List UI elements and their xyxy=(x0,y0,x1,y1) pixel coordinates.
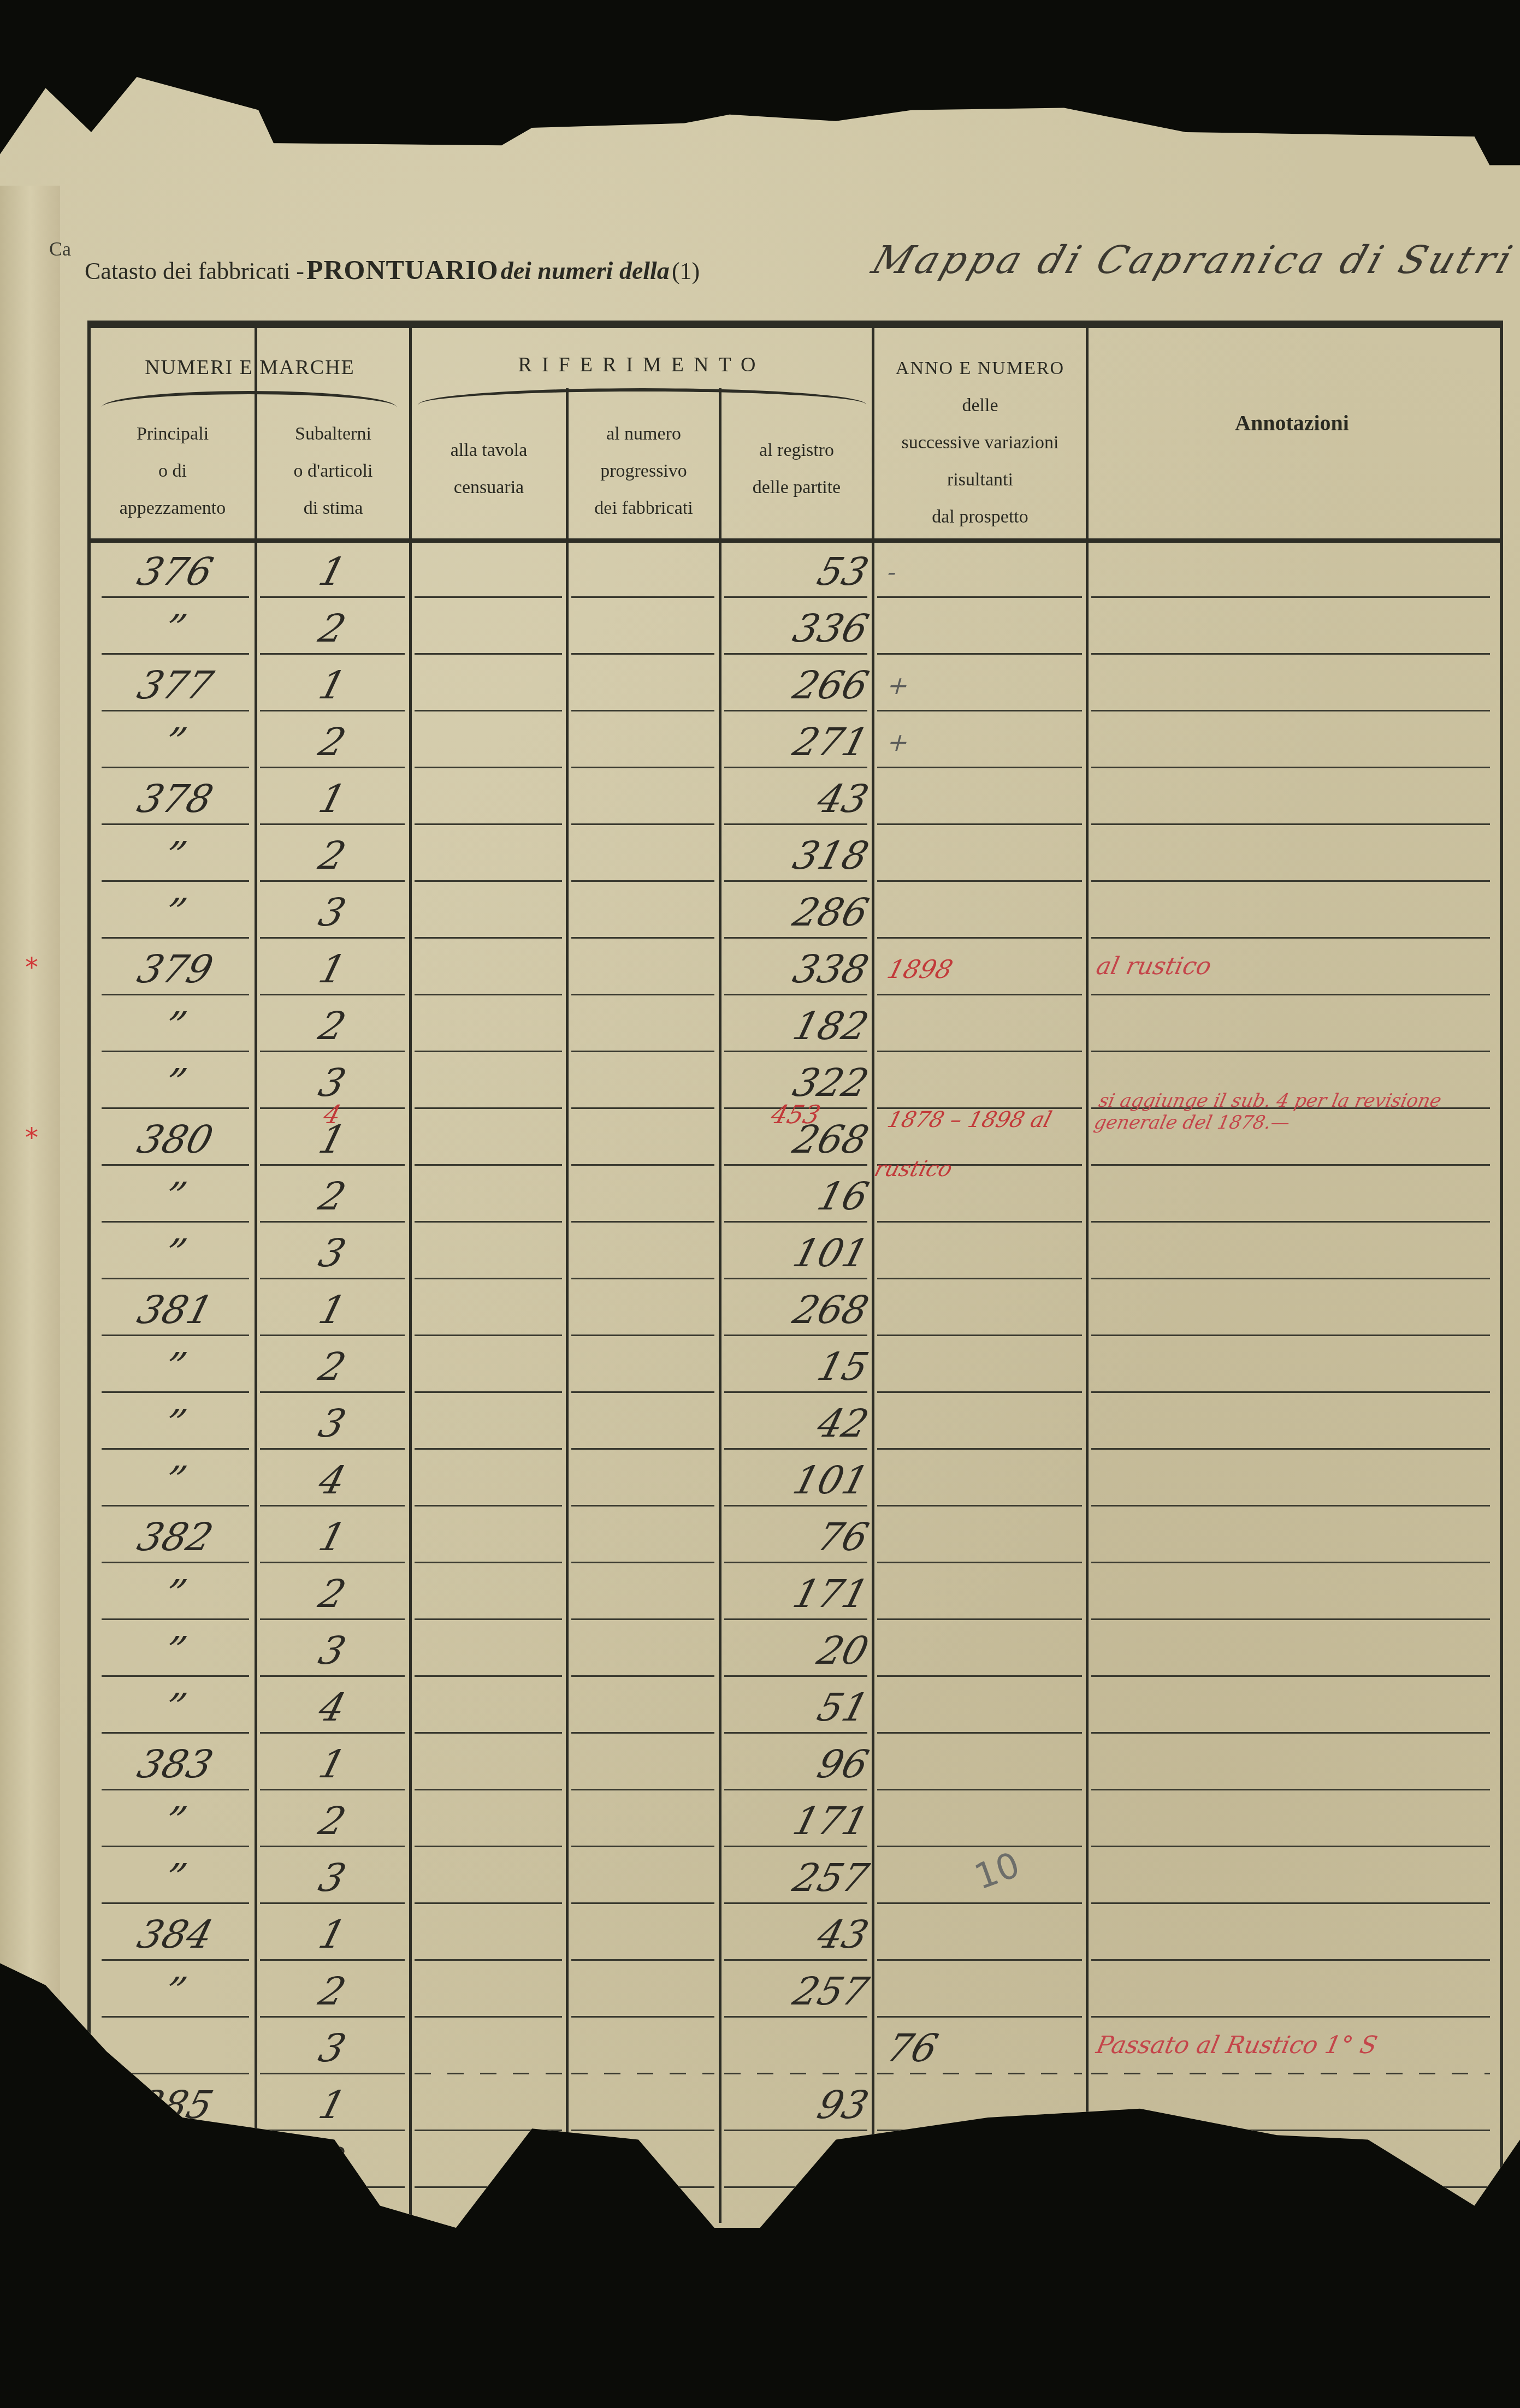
row-rule xyxy=(571,1732,714,1734)
row-rule xyxy=(102,1335,249,1336)
cell-subalterno: 1 xyxy=(253,1285,411,1335)
row-rule xyxy=(415,1902,562,1904)
row-rule xyxy=(260,1902,405,1904)
row-rule xyxy=(102,2073,249,2074)
row-rule xyxy=(102,937,249,939)
cell-registro: 51 xyxy=(718,1683,874,1732)
row-rule xyxy=(102,653,249,655)
row-rule xyxy=(1091,767,1490,768)
cell-subalterno: 1 xyxy=(253,2080,411,2130)
row-rule xyxy=(571,880,714,882)
row-rule xyxy=(571,1335,714,1336)
cell-registro: 271 xyxy=(718,717,874,767)
row-rule xyxy=(415,1959,562,1961)
row-rule xyxy=(877,1221,1082,1223)
row-rule xyxy=(260,880,405,882)
cell-subalterno: 2 xyxy=(253,604,411,653)
footnote-end: mappa o sezione. xyxy=(268,2274,396,2295)
row-rule xyxy=(415,1618,562,1620)
table-row: ”215 xyxy=(91,1339,1500,1396)
cell-principale: ” xyxy=(95,1683,256,1732)
cell-subalterno: 1 xyxy=(253,945,411,994)
cell-principale: ” xyxy=(95,1399,256,1448)
cell-subalterno-added: 4 xyxy=(253,1090,411,1139)
cell-principale: ” xyxy=(95,1229,256,1278)
cell-principale: ” xyxy=(95,1853,256,1902)
row-rule xyxy=(724,937,867,939)
row-rule xyxy=(877,880,1082,882)
row-rule xyxy=(102,767,249,768)
row-rule xyxy=(1091,1505,1490,1507)
row-rule xyxy=(724,596,867,598)
row-rule xyxy=(571,1789,714,1790)
row-rule xyxy=(877,2016,1082,2018)
row-rule xyxy=(571,710,714,711)
cell-registro: 43 xyxy=(718,1910,874,1959)
row-rule xyxy=(571,1846,714,1847)
cell-registro: 266 xyxy=(718,661,874,710)
table-row: 1 xyxy=(91,2191,1500,2247)
row-rule xyxy=(260,653,405,655)
row-rule xyxy=(571,1562,714,1563)
table-row: ”2318 xyxy=(91,828,1500,885)
row-rule xyxy=(571,2016,714,2018)
cell-principale xyxy=(95,2024,256,2073)
row-rule xyxy=(1091,1732,1490,1734)
header-bottom-rule xyxy=(91,538,1500,543)
row-rule xyxy=(724,2186,867,2188)
row-rule xyxy=(415,1051,562,1052)
row-rule xyxy=(415,1391,562,1393)
table-row: ”342 xyxy=(91,1396,1500,1452)
row-rule xyxy=(102,1789,249,1790)
cell-registro-added: 453 xyxy=(718,1090,874,1139)
row-rule xyxy=(415,937,562,939)
row-rule xyxy=(877,1505,1082,1507)
row-rule xyxy=(102,1505,249,1507)
page-header: Catasto dei fabbricati - PRONTUARIO dei … xyxy=(85,254,700,286)
cell-subalterno: 2 xyxy=(253,831,411,880)
row-rule xyxy=(724,2243,867,2245)
table-row: 380142684531878 – 1898 al rusticosi aggi… xyxy=(91,1112,1500,1169)
header-registro: al registro delle partite xyxy=(721,328,872,538)
row-rule xyxy=(724,653,867,655)
row-rule xyxy=(1091,880,1490,882)
cell-subalterno: 3 xyxy=(253,888,411,937)
row-rule xyxy=(1091,596,1490,598)
row-rule xyxy=(260,1562,405,1563)
cell-registro: 43 xyxy=(718,774,874,823)
header-subalterni: Subalterni o d'articoli di stima xyxy=(257,328,409,538)
header-title: PRONTUARIO xyxy=(306,254,499,285)
cell-anno: + xyxy=(871,661,1099,710)
row-rule xyxy=(877,596,1082,598)
row-rule xyxy=(102,994,249,995)
row-rule xyxy=(877,1959,1082,1961)
register-table: Principali o di appezzamento NUMERI E MA… xyxy=(87,325,1503,2223)
row-rule xyxy=(102,2016,249,2018)
row-rule xyxy=(877,1051,1082,1052)
row-rule xyxy=(260,1391,405,1393)
cell-subalterno: 4 xyxy=(253,1683,411,1732)
row-rule xyxy=(877,1562,1082,1563)
row-rule xyxy=(260,1732,405,1734)
cell-registro: 171 xyxy=(718,1569,874,1618)
cell-annotazione: al rustico xyxy=(1094,952,1499,980)
cell-subalterno: 3 xyxy=(253,1853,411,1902)
row-rule xyxy=(260,1221,405,1223)
asterisk-marker-icon: * xyxy=(25,952,38,983)
row-rule xyxy=(102,1902,249,1904)
row-rule xyxy=(724,1335,867,1336)
cell-subalterno: 3 xyxy=(253,1229,411,1278)
table-top-rule xyxy=(87,321,1503,326)
row-rule xyxy=(1091,710,1490,711)
cell-subalterno: 3 xyxy=(253,1399,411,1448)
table-row: 3771266+ xyxy=(91,657,1500,714)
cell-principale: ” xyxy=(95,1172,256,1221)
table-row: 382176 xyxy=(91,1509,1500,1566)
row-rule xyxy=(571,1505,714,1507)
row-rule xyxy=(724,1618,867,1620)
cell-registro: 15 xyxy=(718,1342,874,1391)
table-row: 385193 xyxy=(91,2077,1500,2134)
row-rule xyxy=(102,1107,249,1109)
cell-subalterno: 2 xyxy=(253,1172,411,1221)
cell-principale: ” xyxy=(95,1456,256,1505)
row-rule xyxy=(571,596,714,598)
row-rule xyxy=(415,710,562,711)
table-row: 378143 xyxy=(91,771,1500,828)
row-rule xyxy=(415,2016,562,2018)
header-annotazioni: Annotazioni xyxy=(1089,328,1495,538)
row-rule xyxy=(571,994,714,995)
row-rule xyxy=(724,1846,867,1847)
row-rule xyxy=(415,2073,562,2074)
cell-principale xyxy=(95,2194,256,2243)
row-rule xyxy=(415,1505,562,1507)
row-rule xyxy=(571,1278,714,1279)
row-rule xyxy=(724,1505,867,1507)
row-rule xyxy=(260,1164,405,1166)
row-rule xyxy=(260,1448,405,1450)
row-rule xyxy=(415,823,562,825)
row-rule xyxy=(1091,1164,1490,1166)
row-rule xyxy=(877,1448,1082,1450)
header-subtitle: dei numeri della xyxy=(501,257,670,284)
row-rule xyxy=(260,1278,405,1279)
row-rule xyxy=(877,1278,1082,1279)
cell-principale: ” xyxy=(95,1001,256,1051)
table-row: 383196 xyxy=(91,1736,1500,1793)
table-row: ”451 xyxy=(91,1680,1500,1736)
row-rule xyxy=(415,1448,562,1450)
row-rule xyxy=(415,880,562,882)
cell-registro: 20 xyxy=(718,1626,874,1675)
row-rule xyxy=(415,1789,562,1790)
table-row: 376153- xyxy=(91,544,1500,601)
cell-principale: ” xyxy=(95,1342,256,1391)
cell-anno: 76 xyxy=(871,2024,1099,2073)
row-rule xyxy=(260,1335,405,1336)
row-rule xyxy=(102,1959,249,1961)
row-rule xyxy=(415,994,562,995)
row-rule xyxy=(724,1221,867,1223)
row-rule xyxy=(571,937,714,939)
row-rule xyxy=(102,1278,249,1279)
table-row: ”3101 xyxy=(91,1225,1500,1282)
row-rule xyxy=(260,2016,405,2018)
cell-anno: + xyxy=(871,717,1099,767)
row-rule xyxy=(571,1107,714,1109)
row-rule xyxy=(877,1846,1082,1847)
footnote-ref: (1) xyxy=(672,258,700,284)
row-rule xyxy=(877,710,1082,711)
row-rule xyxy=(1091,2073,1490,2074)
row-rule xyxy=(571,1164,714,1166)
row-rule xyxy=(571,1051,714,1052)
cell-registro: 338 xyxy=(718,945,874,994)
cell-principale: ” xyxy=(95,831,256,880)
table-row: ”3257 xyxy=(91,1850,1500,1907)
row-rule xyxy=(1091,1618,1490,1620)
row-rule xyxy=(724,710,867,711)
row-rule xyxy=(1091,1278,1490,1279)
row-rule xyxy=(102,1562,249,1563)
row-rule xyxy=(877,1789,1082,1790)
row-rule xyxy=(260,1846,405,1847)
row-rule xyxy=(877,1335,1082,1336)
cell-subalterno: 2 xyxy=(253,1967,411,2016)
cell-registro: 101 xyxy=(718,1456,874,1505)
row-rule xyxy=(724,1051,867,1052)
row-rule xyxy=(415,1562,562,1563)
row-rule xyxy=(102,596,249,598)
row-rule xyxy=(260,994,405,995)
row-rule xyxy=(571,2073,714,2074)
table-row: ”320 xyxy=(91,1623,1500,1680)
asterisk-marker-icon: * xyxy=(25,1123,38,1153)
row-rule xyxy=(724,2130,867,2131)
row-rule xyxy=(724,1902,867,1904)
row-rule xyxy=(724,1675,867,1677)
cell-anno: 1878 – 1898 al rustico xyxy=(871,1095,1099,1144)
table-row: 384143 xyxy=(91,1907,1500,1964)
row-rule xyxy=(877,2130,1082,2131)
cell-principale: ” xyxy=(95,1058,256,1107)
row-rule xyxy=(415,2186,562,2188)
row-rule xyxy=(102,2186,249,2188)
corner-fragment-text: Ca xyxy=(49,238,71,260)
row-rule xyxy=(1091,1562,1490,1563)
row-rule xyxy=(415,653,562,655)
row-rule xyxy=(877,1618,1082,1620)
row-rule xyxy=(260,1505,405,1507)
cell-principale: ” xyxy=(95,1626,256,1675)
cell-principale: 377 xyxy=(95,661,256,710)
row-rule xyxy=(102,823,249,825)
cell-registro: 182 xyxy=(718,1001,874,1051)
torn-left-edge xyxy=(0,186,60,2206)
cell-subalterno: 1 xyxy=(253,661,411,710)
table-row: 3811268 xyxy=(91,1282,1500,1339)
cell-subalterno: 1 xyxy=(253,2194,411,2243)
row-rule xyxy=(724,1448,867,1450)
row-rule xyxy=(877,1902,1082,1904)
row-rule xyxy=(415,2243,562,2245)
table-row: ”296 xyxy=(91,2134,1500,2191)
row-rule xyxy=(1091,2130,1490,2131)
cell-registro xyxy=(718,2194,874,2243)
row-rule xyxy=(724,880,867,882)
cell-subalterno: 1 xyxy=(253,1910,411,1959)
row-rule xyxy=(1091,1902,1490,1904)
row-rule xyxy=(260,1675,405,1677)
table-row: ”2171 xyxy=(91,1793,1500,1850)
cell-registro: 96 xyxy=(718,2137,874,2186)
row-rule xyxy=(877,653,1082,655)
table-row: ”2271+ xyxy=(91,714,1500,771)
cell-registro: 96 xyxy=(718,1740,874,1789)
row-rule xyxy=(102,1675,249,1677)
row-rule xyxy=(1091,1675,1490,1677)
cell-subalterno: 3 xyxy=(253,2024,411,2073)
row-rule xyxy=(877,2243,1082,2245)
cell-registro: 257 xyxy=(718,1853,874,1902)
row-rule xyxy=(877,937,1082,939)
cell-subalterno: 2 xyxy=(253,717,411,767)
row-rule xyxy=(102,1164,249,1166)
row-rule xyxy=(1091,1789,1490,1790)
cell-subalterno: 1 xyxy=(253,547,411,596)
row-rule xyxy=(415,1164,562,1166)
cell-registro: 268 xyxy=(718,1285,874,1335)
cell-subalterno: 2 xyxy=(253,1569,411,1618)
cell-subalterno: 4 xyxy=(253,1456,411,1505)
row-rule xyxy=(724,2073,867,2074)
row-rule xyxy=(415,1675,562,1677)
row-rule xyxy=(1091,2016,1490,2018)
row-rule xyxy=(877,2073,1082,2074)
row-rule xyxy=(102,710,249,711)
cell-principale: ” xyxy=(95,2137,256,2186)
cell-principale: 384 xyxy=(95,1910,256,1959)
cell-subalterno: 3 xyxy=(253,1626,411,1675)
row-rule xyxy=(1091,1959,1490,1961)
row-rule xyxy=(724,1562,867,1563)
row-rule xyxy=(1091,994,1490,995)
row-rule xyxy=(415,596,562,598)
row-rule xyxy=(102,880,249,882)
row-rule xyxy=(724,1789,867,1790)
cell-principale: ” xyxy=(95,717,256,767)
row-rule xyxy=(260,710,405,711)
cell-principale: ” xyxy=(95,1569,256,1618)
cell-principale: 378 xyxy=(95,774,256,823)
row-rule xyxy=(1091,1448,1490,1450)
cell-principale: 380 xyxy=(95,1115,256,1164)
row-rule xyxy=(102,1618,249,1620)
cell-subalterno: 2 xyxy=(253,2137,411,2186)
cell-registro: 42 xyxy=(718,1399,874,1448)
row-rule xyxy=(415,1221,562,1223)
cell-registro: 171 xyxy=(718,1796,874,1846)
row-rule xyxy=(571,1959,714,1961)
row-rule xyxy=(260,937,405,939)
cell-annotazione: si aggiunge il sub. 4 per la revisione g… xyxy=(1092,1090,1500,1134)
row-rule xyxy=(415,1335,562,1336)
header-anno: ANNO E NUMERO delle successive variazion… xyxy=(874,328,1086,538)
row-rule xyxy=(724,767,867,768)
row-rule xyxy=(571,653,714,655)
row-rule xyxy=(260,1051,405,1052)
row-rule xyxy=(571,2130,714,2131)
row-rule xyxy=(1091,823,1490,825)
cell-principale: ” xyxy=(95,1796,256,1846)
cell-registro: 318 xyxy=(718,831,874,880)
table-row: ”2171 xyxy=(91,1566,1500,1623)
row-rule xyxy=(877,2186,1082,2188)
cell-registro: 76 xyxy=(718,1513,874,1562)
row-rule xyxy=(102,2130,249,2131)
cell-registro: 286 xyxy=(718,888,874,937)
table-row: ”4101 xyxy=(91,1452,1500,1509)
table-row: ”2182 xyxy=(91,998,1500,1055)
row-rule xyxy=(877,823,1082,825)
row-rule xyxy=(260,2130,405,2131)
row-rule xyxy=(102,1221,249,1223)
row-rule xyxy=(415,2130,562,2131)
cell-principale: ” xyxy=(95,604,256,653)
row-rule xyxy=(260,596,405,598)
row-rule xyxy=(877,1675,1082,1677)
table-row: 376Passato al Rustico 1° S xyxy=(91,2020,1500,2077)
cell-principale: ” xyxy=(95,1967,256,2016)
table-row: ”216 xyxy=(91,1169,1500,1225)
row-rule xyxy=(1091,2243,1490,2245)
row-rule xyxy=(724,1391,867,1393)
row-rule xyxy=(571,1618,714,1620)
row-rule xyxy=(724,994,867,995)
row-rule xyxy=(1091,1221,1490,1223)
row-rule xyxy=(260,1789,405,1790)
row-rule xyxy=(260,1618,405,1620)
cell-registro: 336 xyxy=(718,604,874,653)
cell-registro: 53 xyxy=(718,547,874,596)
row-rule xyxy=(571,1448,714,1450)
table-row: ”3286 xyxy=(91,885,1500,941)
cell-principale: 383 xyxy=(95,1740,256,1789)
header-tavola: alla tavola censuaria xyxy=(412,328,566,538)
cell-subalterno: 2 xyxy=(253,1796,411,1846)
row-rule xyxy=(571,767,714,768)
register-page: Ca Catasto dei fabbricati - PRONTUARIO d… xyxy=(0,22,1520,2228)
cell-annotazione: Passato al Rustico 1° S xyxy=(1094,2031,1499,2059)
row-rule xyxy=(571,1902,714,1904)
row-rule xyxy=(260,823,405,825)
cell-anno: 1898 xyxy=(871,945,1099,994)
row-rule xyxy=(102,2243,249,2245)
cell-subalterno: 2 xyxy=(253,1342,411,1391)
row-rule xyxy=(260,2073,405,2074)
row-rule xyxy=(877,1732,1082,1734)
row-rule xyxy=(415,1107,562,1109)
row-rule xyxy=(571,823,714,825)
cell-principale: 379 xyxy=(95,945,256,994)
cell-subalterno: 1 xyxy=(253,774,411,823)
header-numero: al numero progressivo dei fabbricati xyxy=(569,328,719,538)
cell-principale: 376 xyxy=(95,547,256,596)
